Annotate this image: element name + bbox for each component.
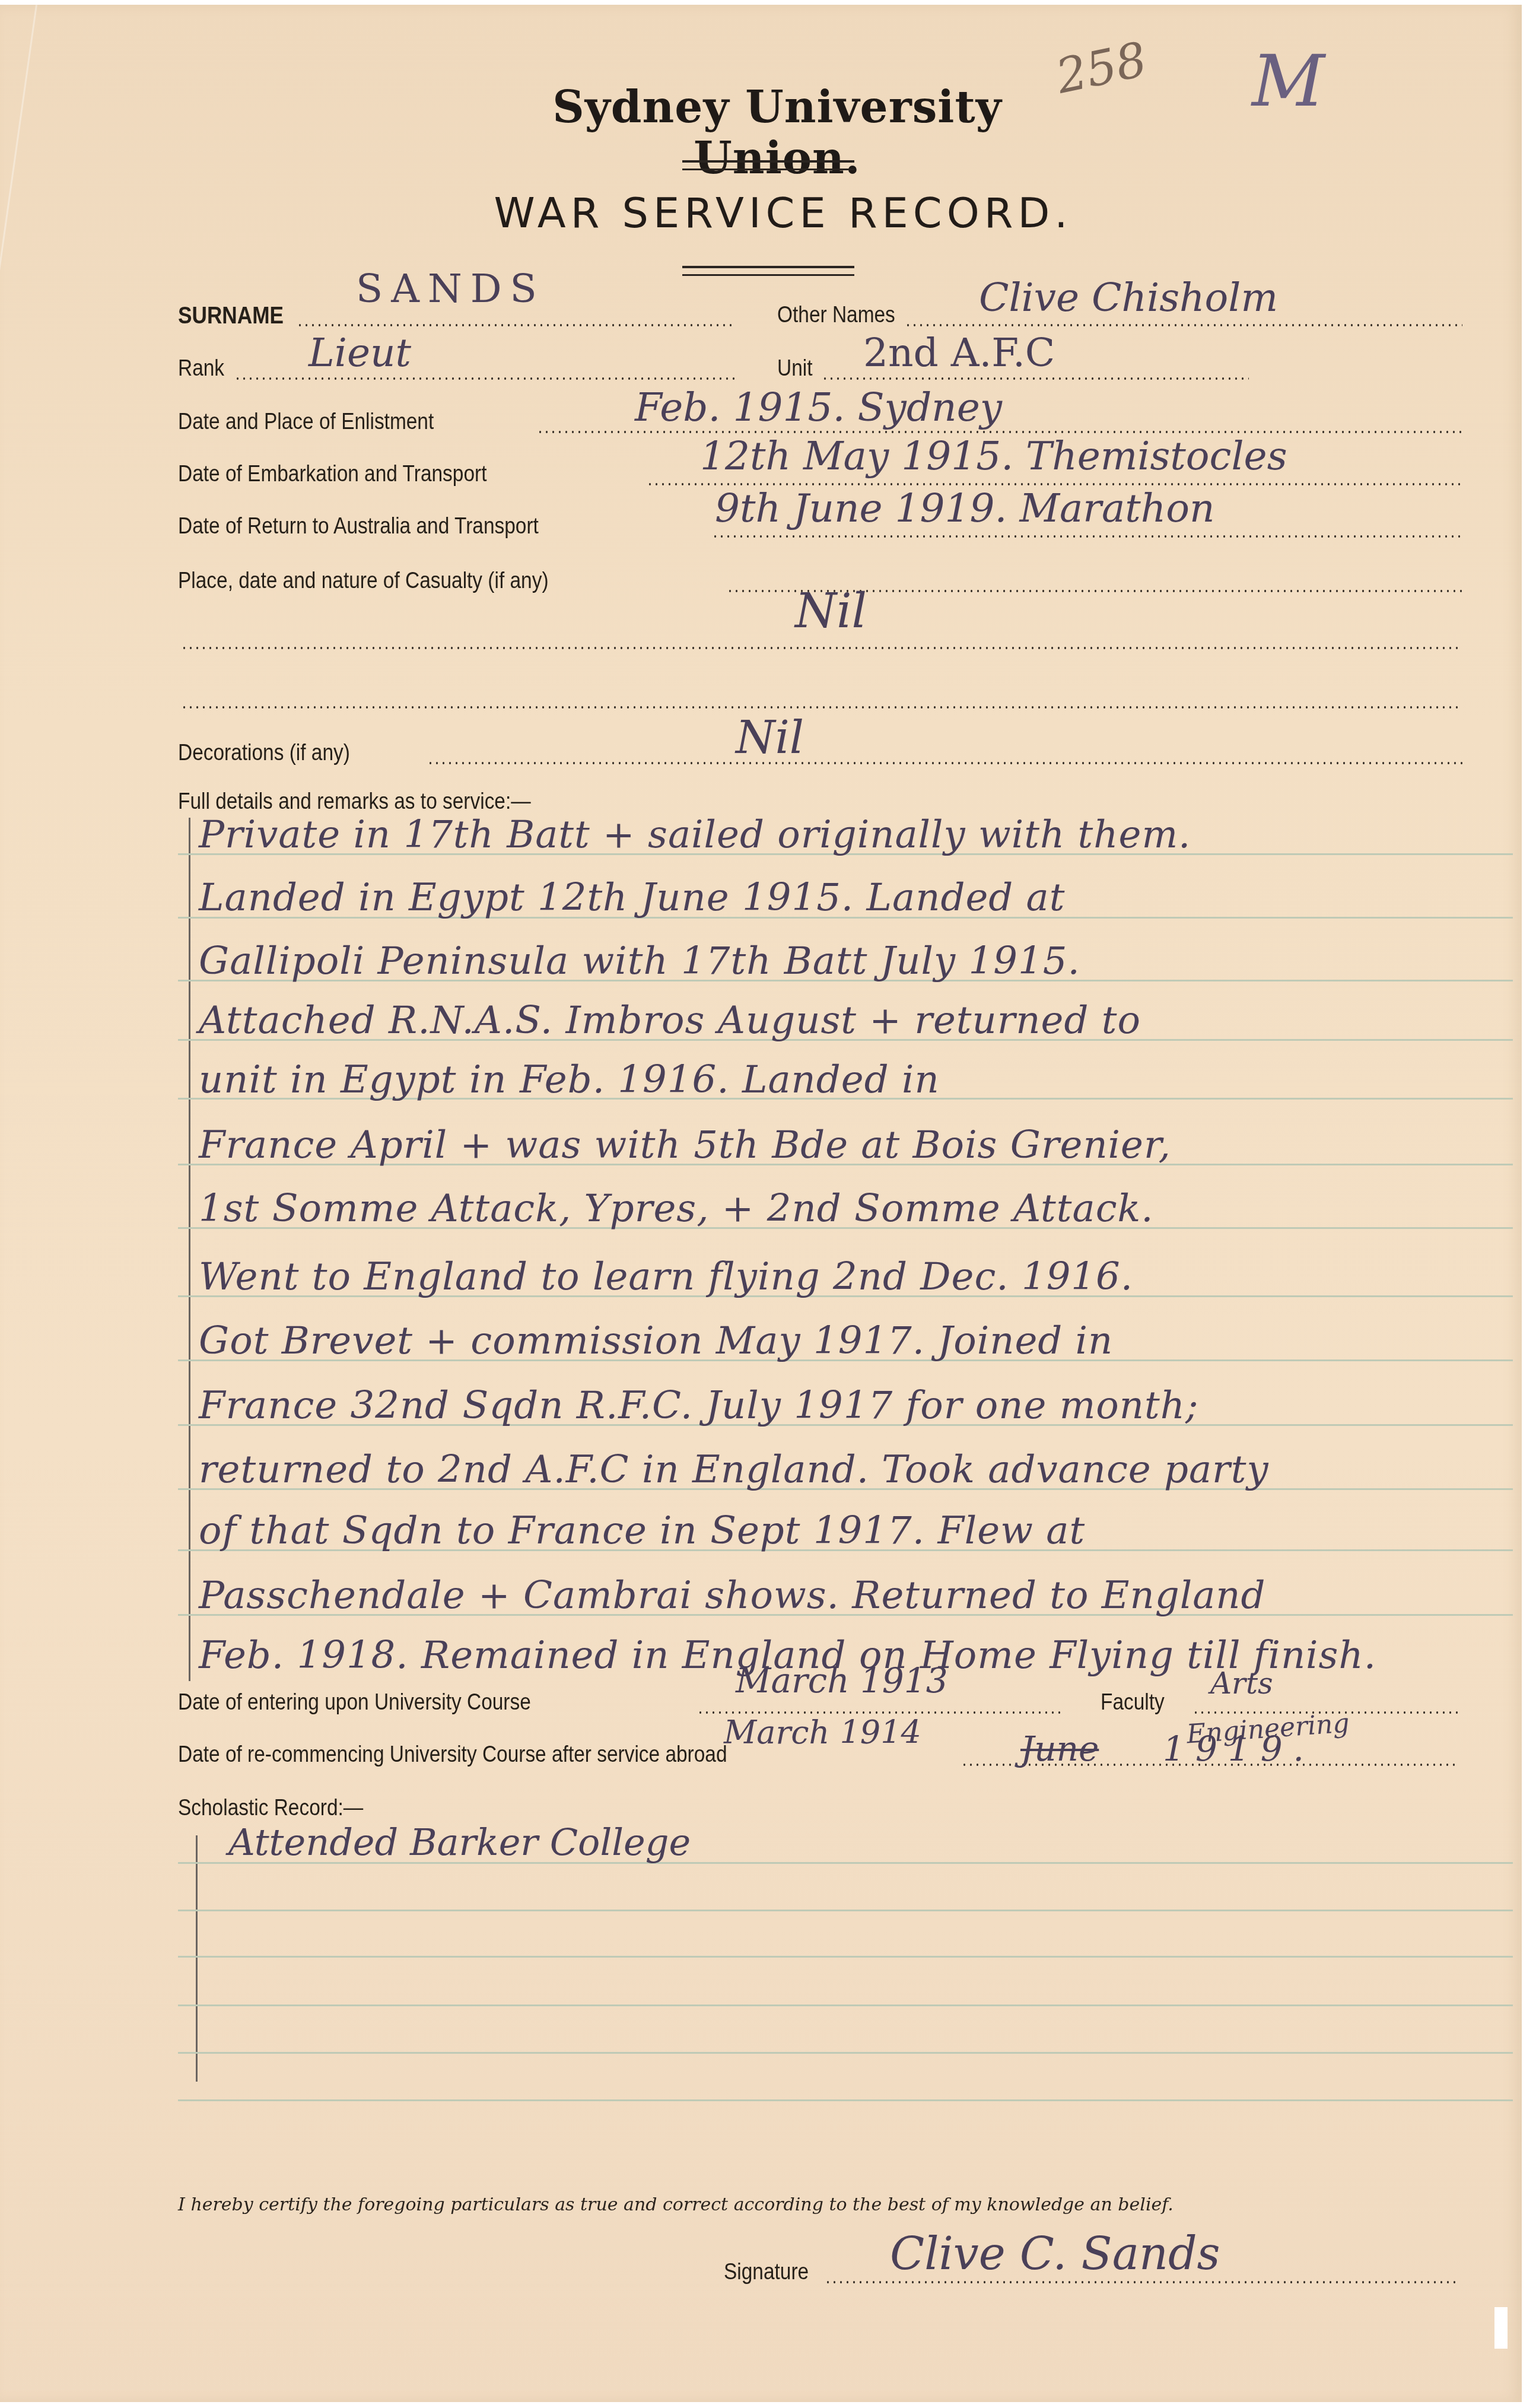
scholastic-value[interactable]: Attended Barker College [228,1821,691,1864]
faculty-label: Faculty [1101,1690,1165,1716]
archive-number-annotation: 258 [1051,31,1152,104]
scholastic-margin-line [196,1835,198,2082]
form-title: WAR SERVICE RECORD. [409,189,1157,237]
entering-course-label: Date of entering upon University Course [178,1690,531,1716]
ruled-line [178,2004,1513,2006]
other-names-value[interactable]: Clive Chisholm [979,275,1278,320]
recommencing-label: Date of re-commencing University Course … [178,1742,727,1768]
paper-fold-crease [0,5,37,358]
unit-dotted-line [822,377,1249,380]
remark-line: Passchendale + Cambrai shows. Returned t… [199,1574,1266,1618]
entering-course-value[interactable]: March 1913 [736,1660,948,1701]
remarks-label-text: Full details and remarks as to service:— [178,789,531,815]
signature-label: Signature [724,2260,809,2285]
surname-label: SURNAME [178,303,284,329]
embarkation-value[interactable]: 12th May 1915. Themistocles [700,433,1287,479]
surname-value[interactable]: SANDS [356,266,545,312]
remark-line: France April + was with 5th Bde at Bois … [199,1123,1171,1167]
remark-line: unit in Egypt in Feb. 1916. Landed in [199,1058,940,1102]
unit-value[interactable]: 2nd A.F.C [863,330,1055,376]
form-divider-bottom [682,274,854,276]
monogram-annotation: M [1252,40,1325,123]
form-divider-top [682,266,854,268]
return-dotted-line [712,535,1462,538]
paper-corner-tear [1494,2307,1508,2349]
unit-label: Unit [777,356,812,382]
casualty-label: Place, date and nature of Casualty (if a… [178,568,549,594]
rank-dotted-line [234,377,736,380]
recommencing-value[interactable]: 1919. [1163,1729,1315,1769]
remark-line: 1st Somme Attack, Ypres, + 2nd Somme Att… [199,1187,1154,1231]
decorations-label: Decorations (if any) [178,741,350,766]
surname-dotted-line [297,324,736,326]
remark-line: Went to England to learn flying 2nd Dec.… [199,1255,1133,1299]
ruled-line [178,2099,1513,2101]
ruled-line [178,2052,1513,2054]
remark-line: France 32nd Sqdn R.F.C. July 1917 for on… [199,1384,1199,1428]
signature-value[interactable]: Clive C. Sands [890,2227,1220,2280]
ruled-line [178,1956,1513,1958]
embarkation-label: Date of Embarkation and Transport [178,462,486,487]
casualty-dotted-line-3 [181,706,1462,709]
header-divider-bottom [682,169,854,170]
signature-dotted-line [825,2281,1459,2283]
remark-line: Gallipoli Peninsula with 17th Batt July … [199,939,1080,983]
enlistment-label: Date and Place of Enlistment [178,409,434,435]
other-names-label: Other Names [777,303,895,328]
rank-value[interactable]: Lieut [309,330,411,376]
decorations-value[interactable]: Nil [736,711,804,764]
enlistment-value[interactable]: Feb. 1915. Sydney [635,385,1002,430]
recommencing-value-above[interactable]: March 1914 [724,1714,921,1751]
remarks-margin-line [189,818,190,1681]
return-label: Date of Return to Australia and Transpor… [178,514,539,539]
return-value[interactable]: 9th June 1919. Marathon [715,485,1215,531]
remark-line: Private in 17th Batt + sailed originally… [199,813,1191,857]
casualty-dotted-line-2 [181,647,1462,649]
decorations-dotted-line [427,762,1462,764]
recommencing-value-struck: June [1020,1729,1099,1769]
remark-line: Got Brevet + commission May 1917. Joined… [199,1319,1113,1363]
casualty-value[interactable]: Nil [795,583,867,638]
remark-line: returned to 2nd A.F.C in England. Took a… [199,1448,1269,1492]
remark-line: Attached R.N.A.S. Imbros August + return… [199,999,1141,1043]
ruled-line [178,1910,1513,1911]
certification-text: I hereby certify the foregoing particula… [178,2194,1174,2215]
scholastic-label: Scholastic Record:— [178,1796,363,1821]
header-divider-top [682,160,854,163]
other-names-dotted-line [905,324,1462,326]
remark-line: Landed in Egypt 12th June 1915. Landed a… [199,876,1065,920]
document-page: Sydney University Union. 258 M WAR SERVI… [0,5,1522,2402]
rank-label: Rank [178,356,224,382]
remark-line: of that Sqdn to France in Sept 1917. Fle… [199,1509,1085,1553]
faculty-value[interactable]: Arts [1210,1666,1273,1701]
